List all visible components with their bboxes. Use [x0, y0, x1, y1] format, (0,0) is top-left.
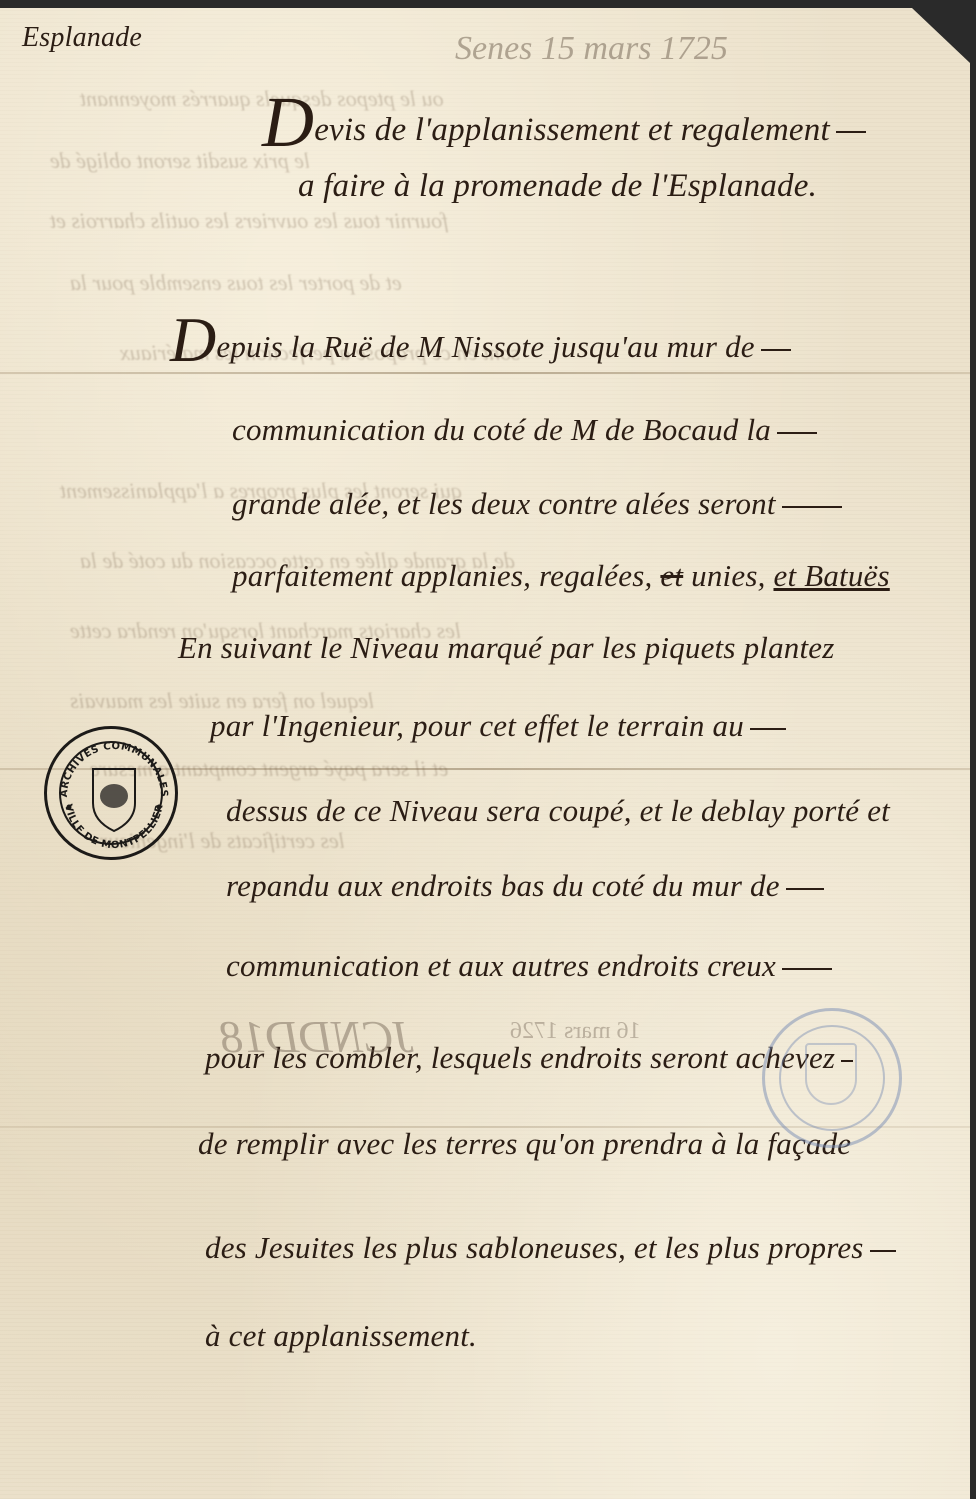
struck-word: et [660, 558, 683, 593]
body-line-11: de remplir avec les terres qu'on prendra… [198, 1126, 851, 1162]
archive-date-bleed: 16 mars 1726 [510, 1018, 641, 1045]
body-drop-cap: D [170, 304, 216, 375]
body-line-7: dessus de ce Niveau sera coupé, et le de… [226, 793, 890, 829]
shield-icon [805, 1043, 857, 1105]
body-line-5: En suivant le Niveau marqué par les piqu… [178, 630, 835, 666]
body-line-1: Depuis la Ruë de M Nissote jusqu'au mur … [170, 308, 791, 372]
document-title-line-1: Devis de l'applanissement et regalement [262, 86, 866, 158]
fold-line [0, 372, 970, 374]
manuscript-page: ou le ptepos desquels quarrés moyennant … [0, 8, 970, 1499]
archive-stamp-montpellier: ARCHIVES COMMUNALES VILLE DE MONTPELLIER [44, 726, 178, 860]
body-line-6: par l'Ingenieur, pour cet effet le terra… [210, 708, 786, 744]
title-drop-cap: D [262, 82, 314, 162]
svg-text:VILLE DE MONTPELLIER: VILLE DE MONTPELLIER [62, 803, 166, 851]
pencil-date-annotation: Senes 15 mars 1725 [455, 30, 728, 68]
body-line-2: communication du coté de M de Bocaud la [232, 412, 817, 448]
body-line-9: communication et aux autres endroits cre… [226, 948, 832, 984]
document-title-line-2: a faire à la promenade de l'Esplanade. [298, 168, 817, 205]
body-line-3: grande alée, et les deux contre alées se… [232, 486, 842, 522]
body-line-13: à cet applanissement. [205, 1318, 477, 1354]
inserted-correction: et Batuës [773, 558, 889, 593]
stamp-emblem-icon: ARCHIVES COMMUNALES VILLE DE MONTPELLIER [47, 729, 181, 863]
archive-reference-bleed: JCNDD18 [220, 1010, 414, 1063]
body-line-12: des Jesuites les plus sabloneuses, et le… [205, 1230, 896, 1266]
margin-title: Esplanade [22, 22, 142, 54]
archive-stamp-blue [762, 1008, 902, 1148]
body-line-4: parfaitement applanies, regalées, et uni… [232, 558, 890, 594]
body-line-8: repandu aux endroits bas du coté du mur … [226, 868, 824, 904]
